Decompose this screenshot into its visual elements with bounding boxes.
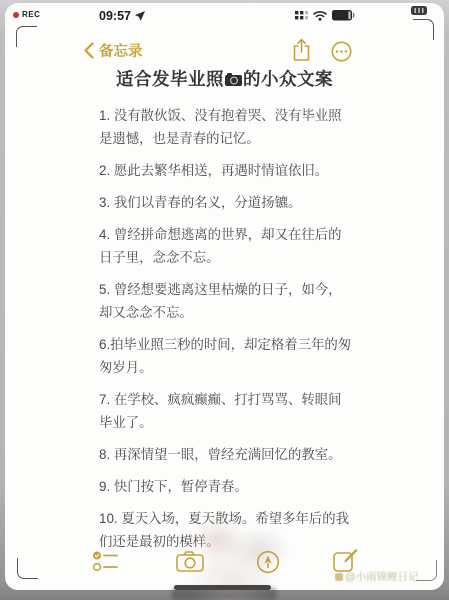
rec-dot-icon — [13, 12, 19, 18]
note-line: 6.拍毕业照三秒的时间，却定格着三年的匆匆岁月。 — [99, 333, 353, 379]
chevron-left-icon — [84, 42, 94, 59]
camera-icon[interactable] — [176, 551, 204, 572]
cellular-signal-icon — [295, 11, 308, 21]
note-line: 8. 再深情望一眼，曾经充满回忆的教室。 — [99, 443, 353, 466]
note-line: 9. 快门按下，暂停青春。 — [99, 475, 353, 498]
note-title-left: 适合发毕业照 — [116, 69, 224, 89]
note-body[interactable]: 1. 没有散伙饭、没有抱着哭、没有毕业照是遗憾，也是青春的记忆。 2. 愿此去繁… — [99, 104, 353, 562]
status-time: 09:57 — [99, 9, 145, 23]
compose-icon[interactable] — [333, 548, 358, 573]
notes-toolbar — [0, 547, 449, 577]
markup-pen-icon[interactable] — [256, 550, 280, 574]
back-button-label: 备忘录 — [99, 40, 143, 61]
battery-icon — [332, 10, 355, 21]
back-button[interactable]: 备忘录 — [84, 40, 143, 61]
note-line: 3. 我们以青春的名义，分道扬镳。 — [99, 191, 353, 214]
note-line: 1. 没有散伙饭、没有抱着哭、没有毕业照是遗憾，也是青春的记忆。 — [99, 104, 353, 150]
note-title: 适合发毕业照 的小众文案 — [0, 66, 449, 91]
note-line: 7. 在学校、疯疯癫癫、打打骂骂、转眼间毕业了。 — [99, 388, 353, 434]
viewfinder-bracket-top-left — [16, 26, 37, 47]
viewfinder-bracket-top-right — [413, 19, 434, 40]
photo-frame: REC 09:57 备 — [0, 0, 449, 600]
note-line: 2. 愿此去繁华相送，再遇时情谊依旧。 — [99, 159, 353, 182]
more-options-icon[interactable] — [331, 41, 352, 62]
note-line: 5. 曾经想要逃离这里枯燥的日子，如今，却又念念不忘。 — [99, 278, 353, 324]
wifi-icon — [313, 10, 327, 21]
rec-label: REC — [22, 10, 40, 19]
camera-emoji-icon — [225, 73, 242, 86]
share-icon[interactable] — [292, 38, 311, 62]
status-icons — [295, 10, 355, 21]
note-line: 4. 曾经拼命想逃离的世界，却又在往后的日子里，念念不忘。 — [99, 223, 353, 269]
location-arrow-icon — [135, 11, 145, 21]
clock-text: 09:57 — [99, 9, 131, 23]
corner-grille-icon — [411, 6, 427, 15]
screen-recording-badge: REC — [13, 10, 40, 19]
home-indicator[interactable] — [174, 585, 271, 590]
note-title-right: 的小众文案 — [243, 69, 333, 89]
checklist-icon[interactable] — [92, 550, 122, 573]
